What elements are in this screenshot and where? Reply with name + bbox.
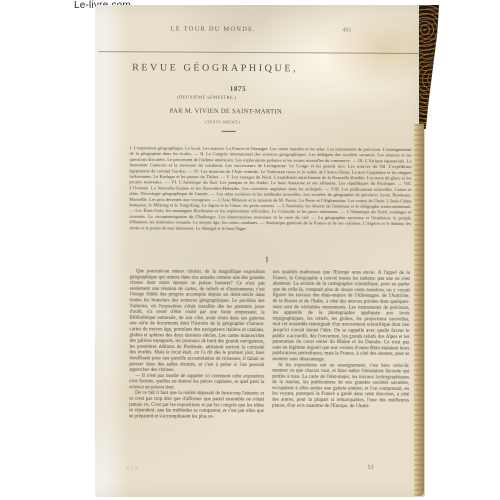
section-numeral: I: [266, 255, 269, 264]
right-column: nes qualités maîtresses que l'Europe nou…: [272, 269, 410, 467]
left-column-paragraph: — Il n'est pas inutile de rappeler ici c…: [129, 373, 264, 391]
right-column-paragraph: Si les expositions ont un enseignement, …: [272, 362, 409, 409]
left-column: Que pourrait-on mieux choisir, de la mag…: [129, 268, 265, 466]
article-year: 1875: [230, 85, 246, 93]
scanned-book-photo: Le-livre.com LE TOUR DU MONDE. 401 REVUE…: [0, 0, 500, 500]
left-column-paragraph: De ce fait il faut que la réalité dépass…: [129, 390, 264, 420]
sheet-signature-number: 51: [368, 465, 374, 471]
tome-signature: XXX.: [126, 466, 141, 472]
right-column-paragraph: nes qualités maîtresses que l'Europe nou…: [272, 269, 410, 363]
left-column-paragraph: Que pourrait-on mieux choisir, de la mag…: [129, 268, 265, 373]
page-number: 401: [342, 28, 351, 34]
article-byline: PAR M. VIVIEN DE SAINT-MARTIN.: [170, 108, 284, 116]
header-rule: [98, 51, 431, 54]
ornament-dash: [222, 131, 236, 132]
article-semester: (DEUXIÈME SEMESTRE.): [177, 95, 236, 100]
article-note: (TEXTE INÉDIT.): [205, 120, 240, 125]
running-head: LE TOUR DU MONDE.: [171, 26, 257, 34]
printed-content-layer: LE TOUR DU MONDE. 401 REVUE GÉOGRAPHIQUE…: [0, 0, 500, 500]
sommaire-text: I. L'exposition géographique. Le local. …: [129, 145, 412, 232]
sommaire-block: I. L'exposition géographique. Le local. …: [129, 145, 412, 254]
article-title: REVUE GÉOGRAPHIQUE,: [132, 62, 298, 74]
